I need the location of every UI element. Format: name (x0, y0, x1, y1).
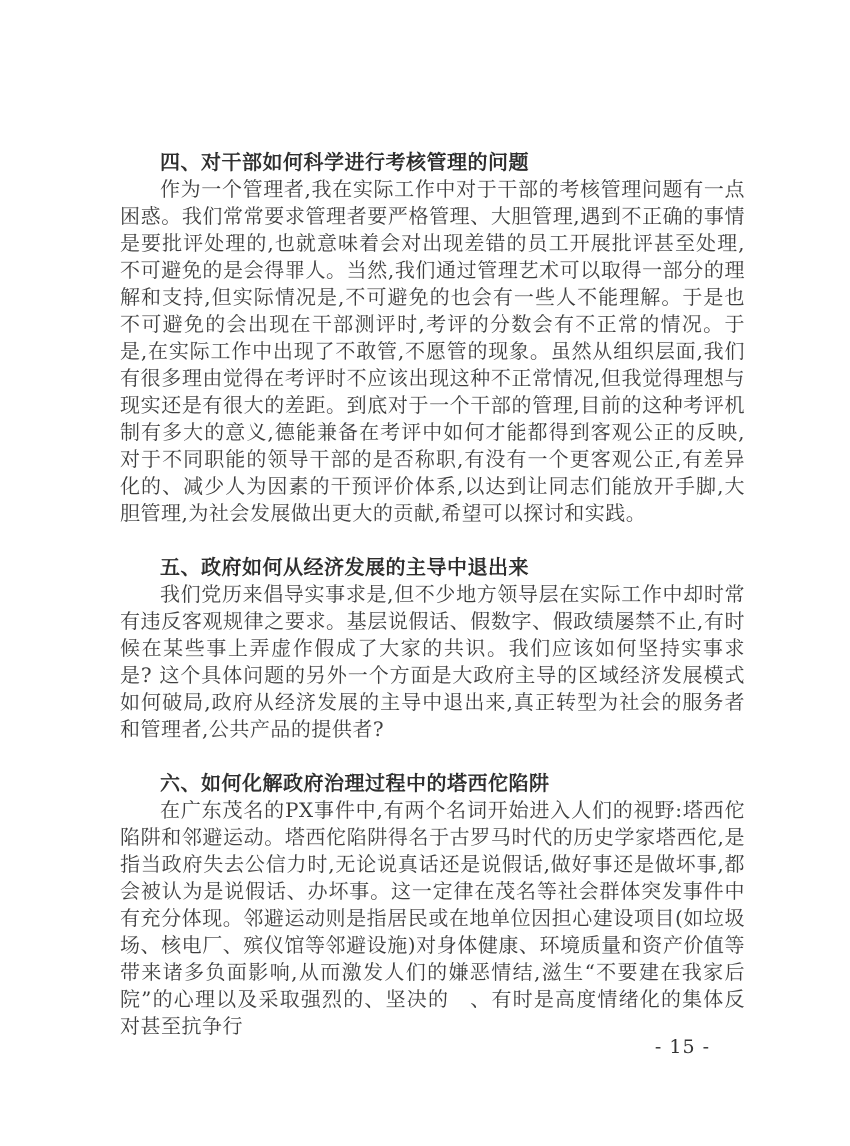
section-4-cadre-assessment: 四、对干部如何科学进行考核管理的问题 作为一个管理者,我在实际工作中对于干部的考… (120, 149, 745, 527)
section-paragraph: 我们党历来倡导实事求是,但不少地方领导层在实际工作中却时常有违反客观规律之要求。… (120, 581, 745, 743)
section-paragraph: 在广东茂名的PX事件中,有两个名词开始进入人们的视野:塔西佗陷阱和邻避运动。塔西… (120, 797, 745, 1040)
page-number: - 15 - (655, 1034, 710, 1061)
section-heading: 五、政府如何从经济发展的主导中退出来 (120, 554, 745, 581)
section-heading: 六、如何化解政府治理过程中的塔西佗陷阱 (120, 770, 745, 797)
section-heading: 四、对干部如何科学进行考核管理的问题 (120, 149, 745, 176)
section-5-government-economy: 五、政府如何从经济发展的主导中退出来 我们党历来倡导实事求是,但不少地方领导层在… (120, 554, 745, 743)
section-paragraph: 作为一个管理者,我在实际工作中对于干部的考核管理问题有一点困惑。我们常常要求管理… (120, 176, 745, 527)
section-6-tacitus-trap: 六、如何化解政府治理过程中的塔西佗陷阱 在广东茂名的PX事件中,有两个名词开始进… (120, 770, 745, 1040)
text-column: 四、对干部如何科学进行考核管理的问题 作为一个管理者,我在实际工作中对于干部的考… (120, 149, 745, 1040)
document-page: 四、对干部如何科学进行考核管理的问题 作为一个管理者,我在实际工作中对于干部的考… (0, 0, 850, 1146)
